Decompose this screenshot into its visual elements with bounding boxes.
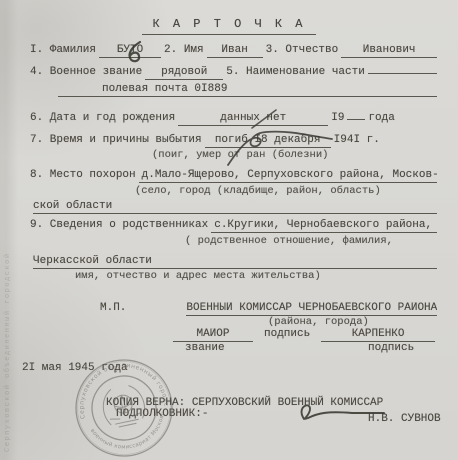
card-title-row: К А Р Т О Ч К А (0, 14, 458, 35)
relatives-hint-2: имя, отчество и адрес места жительства) (75, 270, 321, 283)
rank-caption: звание (185, 342, 225, 354)
patronymic-value: Иванович (341, 44, 437, 58)
relatives-label: 9. Сведения о родственниках (30, 219, 208, 232)
scanned-card-page: К А Р Т О Ч К А I. Фамилия БУТО 2. Имя И… (0, 0, 458, 460)
surname-label: I. Фамилия (30, 44, 96, 57)
seal-commissar-row: М.П. ВОЕННЫЙ КОМИССАР ЧЕРНОБАЕВСКОГО РАЙ… (0, 302, 440, 316)
commissar-rank-value: МАЙОР (173, 328, 253, 342)
rank-value: рядовой (145, 66, 223, 80)
blank-underline (368, 73, 437, 74)
rank-label: 4. Военное звание (30, 66, 142, 79)
commissar-title: ВОЕННЫЙ КОМИССАР ЧЕРНОБАЕВСКОГО РАЙОНА (186, 302, 437, 316)
card-title: К А Р Т О Ч К А (142, 17, 315, 35)
firstname-label: 2. Имя (164, 44, 204, 57)
unit-value: полевая почта 0I889 (58, 83, 437, 97)
year-suffix: года (368, 112, 394, 125)
commissar-surname: КАРПЕНКО (321, 328, 435, 342)
stamp-edge-ghost-text: Серпуховской объединенный городской (4, 302, 12, 452)
field-row-burial-2: ской области (30, 200, 440, 214)
relatives-hint-row-1: ( родственное отношение, фамилия, (185, 235, 393, 248)
signature-caption: подпись (368, 342, 414, 354)
signature-word: подпись (264, 328, 310, 341)
patronymic-label: 3. Отчество (266, 44, 339, 57)
field-row-rank-unit: 4. Военное звание рядовой 5. Наименовани… (30, 66, 440, 80)
field-row-name: I. Фамилия БУТО 2. Имя Иван 3. Отчество … (30, 44, 440, 58)
handwritten-mark (120, 40, 150, 66)
relatives-hint-row-2: имя, отчество и адрес места жительства) (75, 270, 321, 283)
relatives-value-2: Черкасской области (33, 255, 437, 269)
birthdate-label: 6. Дата и год рождения (30, 112, 175, 125)
burial-label: 8. Место похорон (30, 169, 136, 182)
burial-hint: (село, город (кладбище, район, область) (135, 185, 381, 198)
seal-place-label: М.П. (100, 302, 126, 315)
firstname-value: Иван (207, 44, 263, 58)
loss-label: 7. Время и причины выбытия (30, 134, 202, 147)
relatives-hint-1: ( родственное отношение, фамилия, (185, 235, 393, 248)
round-stamp: Серпуховской объединенный городской воен… (56, 356, 192, 460)
field-row-unit-value: полевая почта 0I889 (55, 83, 440, 97)
rank-signature-row: МАЙОР подпись КАРПЕНКО (170, 328, 438, 342)
unit-label: 5. Наименование части (226, 66, 365, 79)
burial-value-2: ской области (33, 200, 437, 214)
field-row-relatives: 9. Сведения о родственниках с.Кругики, Ч… (30, 219, 440, 233)
pen-correction-strokes (200, 105, 345, 173)
stamp-emblem (100, 383, 148, 429)
field-row-relatives-2: Черкасской области (30, 255, 440, 269)
relatives-value-1: с.Кругики, Чернобаевского района, (211, 219, 437, 233)
signature-flourish (292, 399, 392, 429)
burial-hint-row: (село, город (кладбище, район, область) (135, 185, 381, 198)
blank-underline (347, 119, 365, 120)
